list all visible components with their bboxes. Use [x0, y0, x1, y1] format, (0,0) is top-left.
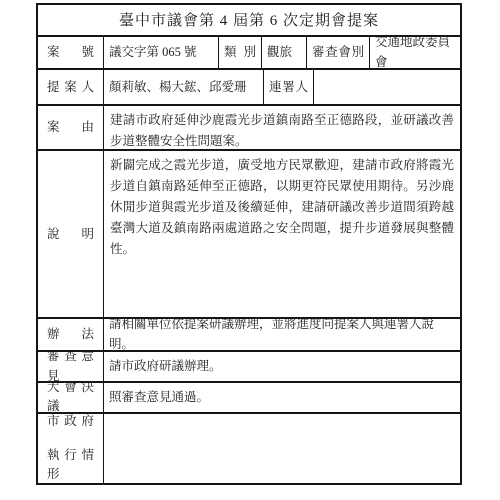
- explanation-label-cell: 說明: [38, 151, 104, 317]
- document-title: 臺中市議會第 4 屆第 6 次定期會提案: [38, 5, 460, 37]
- table-row-review-opinion: 審查意見 請市政府研議辦理。: [38, 352, 460, 383]
- category-label: 類別: [219, 43, 261, 62]
- case-number-value: 議交字第 065 號: [104, 37, 219, 69]
- assembly-resolution-label-cell: 大會決議: [38, 383, 104, 412]
- cosigners-label: 連署人: [264, 78, 313, 97]
- assembly-resolution-label: 大會決議: [38, 383, 103, 412]
- review-opinion-label-cell: 審查意見: [38, 352, 104, 381]
- assembly-resolution-value: 照審查意見通過。: [104, 383, 460, 412]
- subject-label: 案由: [38, 118, 103, 137]
- cosigners-value: [314, 70, 460, 104]
- category-value: 觀旅: [262, 37, 307, 69]
- execution-status-label-cell: 市政府 執行情形: [38, 414, 104, 483]
- table-row-case-number: 案號 議交字第 065 號 類別 觀旅 審查會別 交通地政委員會: [38, 37, 460, 71]
- review-committee-label: 審查會別: [307, 43, 369, 62]
- method-label: 辦法: [38, 325, 103, 344]
- proposers-value: 顏莉敏、楊大鋐、邱愛珊: [104, 70, 264, 104]
- category-label-cell: 類別: [219, 37, 262, 69]
- table-row-assembly-resolution: 大會決議 照審查意見通過。: [38, 383, 460, 414]
- document-page: 臺中市議會第 4 屆第 6 次定期會提案 案號 議交字第 065 號 類別 觀旅…: [0, 0, 500, 500]
- table-row-explanation: 說明 新闢完成之霞光步道，廣受地方民眾歡迎，建請市政府將霞光步道自鎮南路延伸至正…: [38, 151, 460, 319]
- table-row-method: 辦法 請相關單位依提案研議辦理，並將進度向提案人與連署人說明。: [38, 319, 460, 352]
- subject-value: 建請市政府延伸沙鹿霞光步道鎮南路至正德路段，並研議改善步道整體安全性問題案。: [104, 106, 460, 149]
- table-row-execution-status: 市政府 執行情形: [38, 414, 460, 483]
- execution-status-label-line1: 市政府: [38, 414, 103, 432]
- method-value: 請相關單位依提案研議辦理，並將進度向提案人與連署人說明。: [104, 319, 460, 350]
- table-row-proposers: 提案人 顏莉敏、楊大鋐、邱愛珊 連署人: [38, 70, 460, 106]
- proposal-form-table: 臺中市議會第 4 屆第 6 次定期會提案 案號 議交字第 065 號 類別 觀旅…: [36, 3, 462, 485]
- method-label-cell: 辦法: [38, 319, 104, 350]
- explanation-label: 說明: [38, 225, 103, 244]
- cosigners-label-cell: 連署人: [264, 70, 314, 104]
- execution-status-value: [104, 414, 460, 483]
- review-opinion-value: 請市政府研議辦理。: [104, 352, 460, 381]
- subject-label-cell: 案由: [38, 106, 104, 149]
- execution-status-label-line2: 執行情形: [38, 446, 103, 483]
- case-number-label-cell: 案號: [38, 37, 104, 69]
- proposers-label-cell: 提案人: [38, 70, 104, 104]
- explanation-value: 新闢完成之霞光步道，廣受地方民眾歡迎，建請市政府將霞光步道自鎮南路延伸至正德路，…: [104, 151, 460, 317]
- review-committee-value: 交通地政委員會: [370, 37, 460, 69]
- review-committee-label-cell: 審查會別: [307, 37, 370, 69]
- case-number-label: 案號: [38, 43, 103, 62]
- proposers-label: 提案人: [38, 78, 103, 97]
- table-row-subject: 案由 建請市政府延伸沙鹿霞光步道鎮南路至正德路段，並研議改善步道整體安全性問題案…: [38, 106, 460, 151]
- review-opinion-label: 審查意見: [38, 352, 103, 381]
